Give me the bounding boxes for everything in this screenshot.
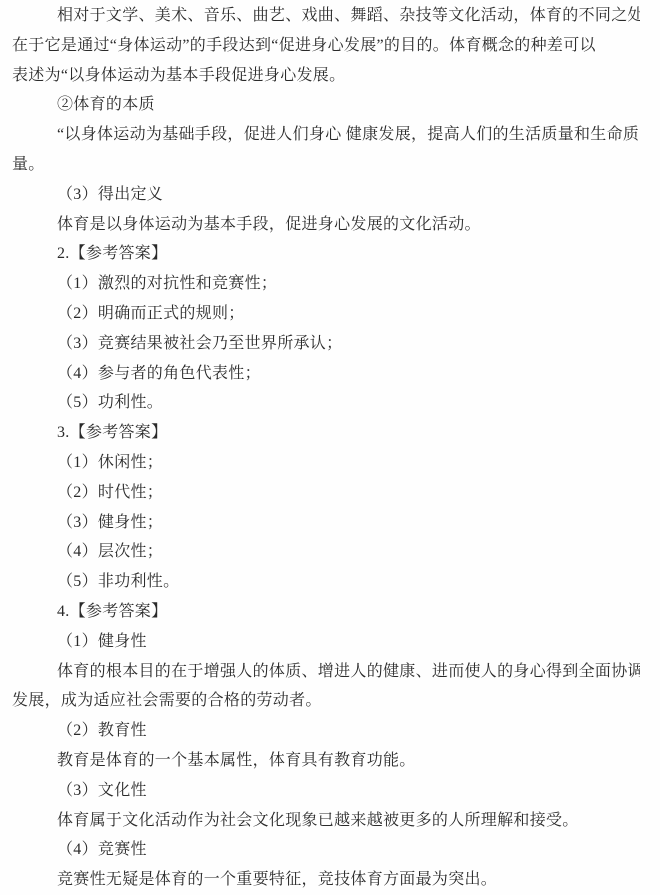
text-line: （4）参与者的角色代表性；: [12, 359, 640, 389]
text-line: （3）文化性: [12, 776, 640, 806]
text-line: 表述为“以身体运动为基本手段促进身心发展。: [12, 61, 640, 91]
document-page: 相对于文学、美术、音乐、曲艺、戏曲、舞蹈、杂技等文化活动，体育的不同之处在于它是…: [0, 0, 660, 895]
text-line: 体育属于文化活动作为社会文化现象已越来越被更多的人所理解和接受。: [12, 806, 640, 836]
text-line: （3）得出定义: [12, 180, 640, 210]
text-line: （2）明确而正式的规则；: [12, 299, 640, 329]
text-line: （1）激烈的对抗性和竞赛性；: [12, 269, 640, 299]
text-line: “以身体运动为基础手段，促进人们身心 健康发展，提高人们的生活质量和生命质: [12, 120, 640, 150]
text-line: 发展，成为适应社会需要的合格的劳动者。: [12, 686, 640, 716]
text-line: ②体育的本质: [12, 90, 640, 120]
text-line: 教育是体育的一个基本属性，体育具有教育功能。: [12, 746, 640, 776]
text-line: （1）休闲性；: [12, 448, 640, 478]
text-line: 体育是以身体运动为基本手段，促进身心发展的文化活动。: [12, 210, 640, 240]
text-line: 2.【参考答案】: [12, 239, 640, 269]
text-line: （5）功利性。: [12, 388, 640, 418]
text-line: 3.【参考答案】: [12, 418, 640, 448]
text-line: （2）时代性；: [12, 478, 640, 508]
text-line: （4）层次性；: [12, 537, 640, 567]
text-line: 相对于文学、美术、音乐、曲艺、戏曲、舞蹈、杂技等文化活动，体育的不同之处: [12, 1, 640, 31]
text-line: （2）教育性: [12, 716, 640, 746]
text-block: 相对于文学、美术、音乐、曲艺、戏曲、舞蹈、杂技等文化活动，体育的不同之处在于它是…: [12, 1, 640, 895]
text-line: 体育的根本目的在于增强人的体质、增进人的健康、进而使人的身心得到全面协调: [12, 657, 640, 687]
text-line: 竞赛性无疑是体育的一个重要特征，竞技体育方面最为突出。: [12, 865, 640, 895]
text-line: 4.【参考答案】: [12, 597, 640, 627]
text-line: （4）竞赛性: [12, 835, 640, 865]
text-line: 量。: [12, 150, 640, 180]
text-line: （3）竞赛结果被社会乃至世界所承认；: [12, 329, 640, 359]
text-line: （3）健身性；: [12, 508, 640, 538]
text-line: 在于它是通过“身体运动”的手段达到“促进身心发展”的目的。体育概念的种差可以: [12, 31, 640, 61]
text-line: （5）非功利性。: [12, 567, 640, 597]
text-line: （1）健身性: [12, 627, 640, 657]
